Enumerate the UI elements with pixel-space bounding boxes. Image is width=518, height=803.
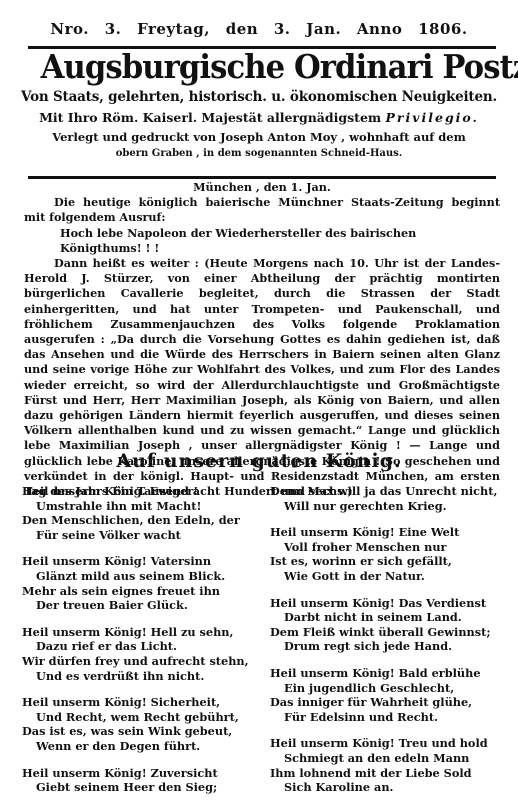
poem-stanza: Denn Max will ja das Unrecht nicht,Will …	[270, 484, 510, 513]
imperial-privilege-line: Mit Ihro Röm. Kaiserl. Majestät allergnä…	[20, 110, 498, 125]
poem-line: Heil unserm König! Das Verdienst	[270, 596, 510, 611]
poem-line: Umstrahle ihn mit Macht!	[22, 499, 257, 514]
poem-line: Dem Fleiß winkt überall Gewinnst;	[270, 625, 510, 640]
newspaper-page: Nro. 3. Freytag, den 3. Jan. Anno 1806. …	[0, 0, 518, 803]
poem-stanza: Heil unserm König! ZuversichtGiebt seine…	[22, 766, 257, 795]
masthead-title: Augsburgische Ordinari Postzeitung,	[41, 47, 482, 87]
poem-line: Drum regt sich jede Hand.	[270, 639, 510, 654]
poem-stanza: Heil unserm König! Das VerdienstDarbt ni…	[270, 596, 510, 654]
poem-line: Das ist es, was sein Wink gebeut,	[22, 724, 257, 739]
poem-stanza: Heil unserm König! Eine WeltVoll froher …	[270, 525, 510, 583]
poem-line: Für seine Völker wacht	[22, 528, 257, 543]
poem-line: Heil unserm König! Vatersinn	[22, 554, 257, 569]
poem-line: Heil unserm König! Sicherheit,	[22, 695, 257, 710]
poem-line: Darbt nicht in seinem Land.	[270, 610, 510, 625]
poem-line: Und es verdrüßt ihn nicht.	[22, 669, 257, 684]
poem-line: Der treuen Baier Glück.	[22, 598, 257, 613]
poem-stanza: Heil unserm König! Hell zu sehn,Dazu rie…	[22, 625, 257, 683]
poem-right-column: Denn Max will ja das Unrecht nicht,Will …	[270, 484, 510, 803]
poem-stanza: Heil unserm König. Ewiger!Umstrahle ihn …	[22, 484, 257, 542]
poem-line: Will nur gerechten Krieg.	[270, 499, 510, 514]
poem-line: Wenn er den Degen führt.	[22, 739, 257, 754]
poem-line: Heil unserm König! Zuversicht	[22, 766, 257, 781]
article-cheer: Hoch lebe Napoleon der Wiederhersteller …	[24, 226, 500, 256]
poem-line: Dazu rief er das Licht.	[22, 639, 257, 654]
poem-line: Ihm lohnend mit der Liebe Sold	[270, 766, 510, 781]
poem-line: Voll froher Menschen nur	[270, 540, 510, 555]
poem-line: Ein jugendlich Geschlecht,	[270, 681, 510, 696]
poem-line: Heil unserm König! Hell zu sehn,	[22, 625, 257, 640]
header-bottom-rule	[28, 176, 496, 179]
poem-line: Wie Gott in der Natur.	[270, 569, 510, 584]
poem-stanza: Heil unserm König! Bald erblüheEin jugen…	[270, 666, 510, 724]
poem-title: Auf unsern guten König.	[0, 450, 518, 472]
poem-stanza: Heil unserm König! Treu und holdSchmiegt…	[270, 736, 510, 794]
poem-line: Heil unserm König! Eine Welt	[270, 525, 510, 540]
issue-dateline: Nro. 3. Freytag, den 3. Jan. Anno 1806.	[30, 20, 488, 38]
privilege-text: Mit Ihro Röm. Kaiserl. Majestät allergnä…	[39, 110, 381, 125]
poem-line: Das inniger für Wahrheit glühe,	[270, 695, 510, 710]
article-placeline: München , den 1. Jan.	[24, 180, 500, 195]
poem-line: Glänzt mild aus seinem Blick.	[22, 569, 257, 584]
poem-stanza: Heil unserm König! Sicherheit,Und Recht,…	[22, 695, 257, 753]
poem-line: Sich Karoline an.	[270, 780, 510, 795]
privilege-latin: Privilegio.	[386, 110, 479, 125]
article-intro: Die heutige königlich baierische Münchne…	[24, 195, 500, 225]
poem-line: Denn Max will ja das Unrecht nicht,	[270, 484, 510, 499]
poem-line: Für Edelsinn und Recht.	[270, 710, 510, 725]
poem-line: Heil unserm König. Ewiger!	[22, 484, 257, 499]
poem-line: Und Recht, wem Recht gebührt,	[22, 710, 257, 725]
poem-line: Heil unserm König! Bald erblühe	[270, 666, 510, 681]
poem-line: Wir dürfen frey und aufrecht stehn,	[22, 654, 257, 669]
poem-line: Giebt seinem Heer den Sieg;	[22, 780, 257, 795]
poem-line: Heil unserm König! Treu und hold	[270, 736, 510, 751]
poem-line: Den Menschlichen, den Edeln, der	[22, 513, 257, 528]
poem-line: Ist es, worinn er sich gefällt,	[270, 554, 510, 569]
poem-left-column: Heil unserm König. Ewiger!Umstrahle ihn …	[22, 484, 257, 803]
poem-line: Mehr als sein eignes freuet ihn	[22, 584, 257, 599]
poem-line: Schmiegt an den edeln Mann	[270, 751, 510, 766]
publisher-line: Verlegt und gedruckt von Joseph Anton Mo…	[20, 130, 498, 144]
masthead-subtitle: Von Staats, gelehrten, historisch. u. ök…	[20, 89, 498, 105]
poem-stanza: Heil unserm König! VatersinnGlänzt mild …	[22, 554, 257, 612]
publisher-address: obern Graben , in dem sogenannten Schnei…	[20, 148, 498, 159]
